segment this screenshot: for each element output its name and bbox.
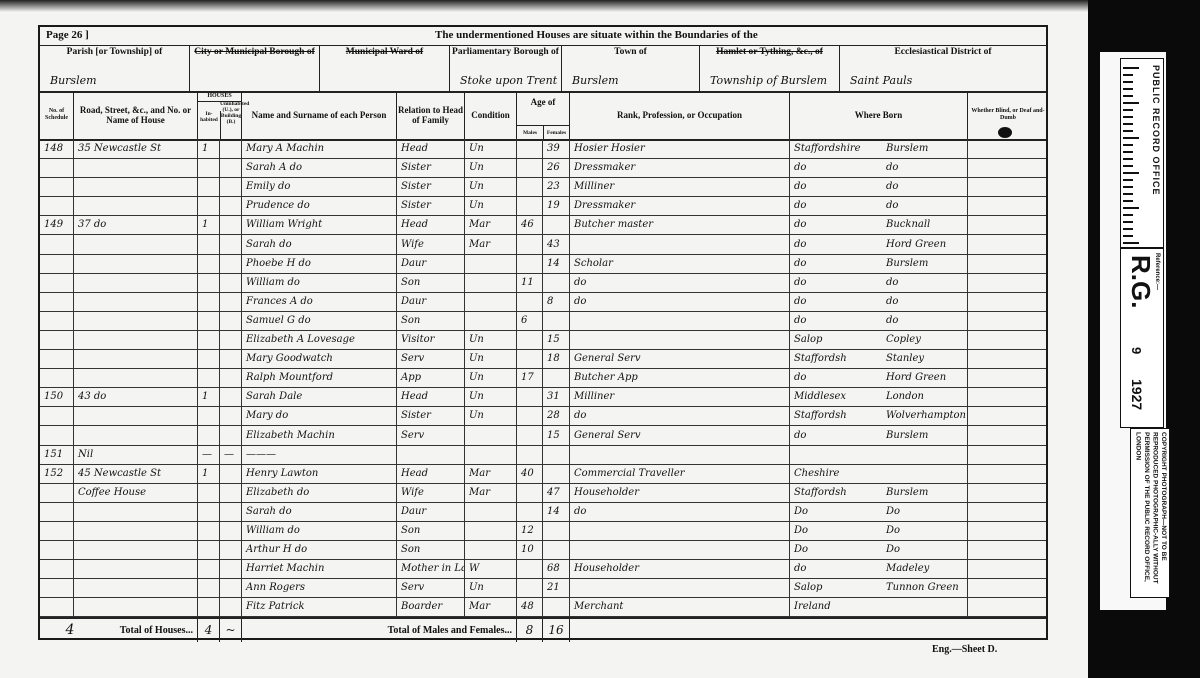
ruler-tick: [1123, 186, 1133, 188]
cell-occupation: Scholar: [570, 254, 790, 273]
cell-born-county: Salop: [790, 578, 882, 597]
cell-condition: Mar: [465, 597, 517, 616]
cell-born-place: Do: [882, 521, 968, 540]
cell-road: [74, 368, 198, 387]
census-row: Sarah doWifeMar43doHord Green: [40, 235, 1046, 255]
cell-born-county: Staffordsh: [790, 349, 882, 368]
cell-road: 35 Newcastle St: [74, 139, 198, 158]
cell-male-age: 10: [517, 540, 543, 559]
header-road: Road, Street, &c., and No. or Name of Ho…: [74, 91, 198, 139]
cell-schedule: 148: [40, 139, 74, 158]
cell-road: 45 Newcastle St: [74, 464, 198, 483]
cell-relation: Head: [397, 215, 465, 234]
cell-male-age: [517, 559, 543, 578]
cell-female-age: 23: [543, 177, 570, 196]
cell-name: Fitz Patrick: [242, 597, 397, 616]
cell-relation: Sister: [397, 177, 465, 196]
sheet-label: Eng.—Sheet D.: [932, 644, 997, 655]
cell-female-age: [543, 368, 570, 387]
ruler-tick: [1123, 165, 1133, 167]
census-row: Phoebe H doDaur14ScholardoBurslem: [40, 254, 1046, 274]
cell-uninhabited: [220, 292, 242, 311]
cell-born-place: [882, 464, 968, 483]
cell-uninhabited: [220, 254, 242, 273]
cell-relation: Serv: [397, 349, 465, 368]
cell-road: [74, 254, 198, 273]
cell-born-county: do: [790, 177, 882, 196]
cell-born-place: [882, 597, 968, 616]
cell-occupation: Dressmaker: [570, 196, 790, 215]
cell-inhabited: [198, 368, 220, 387]
cell-born-county: Ireland: [790, 597, 882, 616]
cell-female-age: 68: [543, 559, 570, 578]
cell-relation: Visitor: [397, 330, 465, 349]
cell-occupation: Householder: [570, 559, 790, 578]
cell-inhabited: [198, 311, 220, 330]
cell-schedule: [40, 578, 74, 597]
cell-inhabited: [198, 158, 220, 177]
census-row: Arthur H doSon10DoDo: [40, 540, 1046, 560]
ruler-tick: [1123, 228, 1133, 230]
division-value: Burslem: [50, 74, 97, 87]
census-row: Samuel G doSon6dodo: [40, 311, 1046, 331]
cell-born-county: do: [790, 311, 882, 330]
cell-uninhabited: [220, 349, 242, 368]
cell-condition: Un: [465, 139, 517, 158]
cell-relation: Mother in Law: [397, 559, 465, 578]
ruler-tick: [1123, 109, 1133, 111]
total-inhabited: 4: [198, 619, 220, 642]
cell-born-place: [882, 445, 968, 464]
cell-name: Arthur H do: [242, 540, 397, 559]
cell-schedule: [40, 426, 74, 445]
cell-inhabited: [198, 483, 220, 502]
ruler-label: PUBLIC RECORD OFFICE: [1151, 65, 1161, 196]
cell-road: [74, 196, 198, 215]
cell-born-county: do: [790, 196, 882, 215]
reference-box: Reference:— R.G. 9 1927: [1120, 248, 1164, 428]
division-label: Ecclesiastical District of: [840, 45, 1046, 57]
cell-female-age: 15: [543, 426, 570, 445]
cell-road: [74, 349, 198, 368]
cell-blind: [968, 578, 1048, 597]
cell-born-county: Cheshire: [790, 464, 882, 483]
cell-relation: Sister: [397, 196, 465, 215]
cell-relation: Wife: [397, 235, 465, 254]
cell-schedule: [40, 521, 74, 540]
cell-occupation: do: [570, 292, 790, 311]
cell-condition: Un: [465, 158, 517, 177]
cell-condition: [465, 445, 517, 464]
cell-born-place: Do: [882, 502, 968, 521]
cell-female-age: 47: [543, 483, 570, 502]
ruler-tick: [1123, 137, 1139, 139]
cell-relation: Son: [397, 311, 465, 330]
census-row: Coffee HouseElizabeth doWifeMar47Househo…: [40, 483, 1046, 503]
cell-occupation: do: [570, 406, 790, 425]
cell-female-age: [543, 540, 570, 559]
cell-occupation: General Serv: [570, 349, 790, 368]
division-label: Parish [or Township] of: [40, 45, 189, 57]
cell-blind: [968, 540, 1048, 559]
cell-schedule: [40, 292, 74, 311]
cell-blind: [968, 215, 1048, 234]
cell-born-place: Tunnon Green: [882, 578, 968, 597]
division-value: Saint Pauls: [850, 74, 912, 87]
division-cell: Municipal Ward of: [320, 45, 450, 91]
cell-male-age: 17: [517, 368, 543, 387]
cell-relation: Sister: [397, 406, 465, 425]
cell-name: Mary Goodwatch: [242, 349, 397, 368]
cell-occupation: Hosier Hosier: [570, 139, 790, 158]
cell-male-age: 46: [517, 215, 543, 234]
ruler-tick: [1123, 193, 1133, 195]
cell-schedule: [40, 311, 74, 330]
cell-male-age: [517, 158, 543, 177]
cell-born-place: London: [882, 387, 968, 406]
cell-condition: [465, 292, 517, 311]
cell-road: [74, 235, 198, 254]
cell-inhabited: [198, 578, 220, 597]
cell-relation: Head: [397, 464, 465, 483]
cell-relation: Wife: [397, 483, 465, 502]
total-males: 8: [517, 619, 543, 642]
totals-row: 4 Total of Houses... 4 ~ Total of Males …: [40, 617, 1046, 642]
cell-born-place: Burslem: [882, 254, 968, 273]
cell-uninhabited: [220, 139, 242, 158]
cell-name: Mary A Machin: [242, 139, 397, 158]
cell-born-place: Bucknall: [882, 215, 968, 234]
census-row: Frances A doDaur8dododo: [40, 292, 1046, 312]
cell-inhabited: [198, 330, 220, 349]
cell-inhabited: [198, 235, 220, 254]
cell-road: [74, 540, 198, 559]
cell-blind: [968, 196, 1048, 215]
cell-born-place: Stanley: [882, 349, 968, 368]
header-born: Where Born: [790, 91, 968, 139]
cell-occupation: General Serv: [570, 426, 790, 445]
cell-born-place: Wolverhampton: [882, 406, 968, 425]
cell-condition: Mar: [465, 464, 517, 483]
cell-inhabited: [198, 540, 220, 559]
ruler-tick: [1123, 207, 1139, 209]
cell-schedule: [40, 559, 74, 578]
cell-blind: [968, 597, 1048, 616]
ruler-tick: [1123, 88, 1133, 90]
cell-road: 37 do: [74, 215, 198, 234]
census-row: Harriet MachinMother in LawW68Householde…: [40, 559, 1046, 579]
cell-occupation: Milliner: [570, 177, 790, 196]
cell-uninhabited: [220, 464, 242, 483]
cell-male-age: [517, 196, 543, 215]
cell-road: [74, 273, 198, 292]
cell-schedule: 150: [40, 387, 74, 406]
cell-name: Elizabeth A Lovesage: [242, 330, 397, 349]
cell-uninhabited: —: [220, 445, 242, 464]
cell-uninhabited: [220, 502, 242, 521]
division-label: Hamlet or Tything, &c., of: [700, 45, 839, 57]
cell-name: Sarah do: [242, 502, 397, 521]
ruler-tick: [1123, 158, 1133, 160]
cell-inhabited: [198, 349, 220, 368]
census-form: Page 26 ] The undermentioned Houses are …: [38, 25, 1048, 640]
cell-blind: [968, 521, 1048, 540]
cell-condition: Un: [465, 196, 517, 215]
cell-male-age: [517, 426, 543, 445]
cell-name: Henry Lawton: [242, 464, 397, 483]
census-row: William doSon11dododo: [40, 273, 1046, 293]
cell-inhabited: [198, 177, 220, 196]
cell-born-county: Staffordshire: [790, 139, 882, 158]
cell-name: ———: [242, 445, 397, 464]
cell-condition: [465, 273, 517, 292]
cell-inhabited: [198, 559, 220, 578]
cell-born-county: Do: [790, 521, 882, 540]
census-row: Sarah doDaur14doDoDo: [40, 502, 1046, 522]
cell-relation: Serv: [397, 426, 465, 445]
cell-uninhabited: [220, 235, 242, 254]
cell-occupation: [570, 235, 790, 254]
header-uninhabited: Uninhabited (U.), or Building (B.): [220, 101, 242, 125]
cell-blind: [968, 387, 1048, 406]
cell-condition: Mar: [465, 235, 517, 254]
census-row: Fitz PatrickBoarderMar48MerchantIreland: [40, 597, 1046, 617]
cell-blind: [968, 445, 1048, 464]
cell-name: William Wright: [242, 215, 397, 234]
cell-male-age: [517, 292, 543, 311]
ruler-tick: [1123, 221, 1133, 223]
cell-male-age: [517, 406, 543, 425]
cell-uninhabited: [220, 406, 242, 425]
cell-condition: Un: [465, 177, 517, 196]
division-cell: Town ofBurslem: [562, 45, 700, 91]
total-houses-label: Total of Houses...: [100, 619, 198, 642]
cell-blind: [968, 139, 1048, 158]
reference-folio: 1927: [1129, 379, 1145, 410]
cell-condition: Un: [465, 368, 517, 387]
census-row: Ralph MountfordAppUn17Butcher AppdoHord …: [40, 368, 1046, 388]
copyright-text: COPYRIGHT PHOTOGRAPH—NOT TO BE REPRODUCE…: [1133, 432, 1167, 597]
cell-road: [74, 597, 198, 616]
cell-schedule: [40, 254, 74, 273]
header-inhabited: In-habited: [198, 111, 221, 139]
cell-name: Ann Rogers: [242, 578, 397, 597]
cell-blind: [968, 273, 1048, 292]
cell-condition: Un: [465, 330, 517, 349]
cell-female-age: 8: [543, 292, 570, 311]
cell-uninhabited: [220, 578, 242, 597]
cell-uninhabited: [220, 521, 242, 540]
cell-inhabited: —: [198, 445, 220, 464]
cell-female-age: [543, 464, 570, 483]
cell-female-age: [543, 273, 570, 292]
cell-male-age: [517, 387, 543, 406]
cell-blind: [968, 559, 1048, 578]
cell-born-county: do: [790, 292, 882, 311]
cell-female-age: [543, 521, 570, 540]
cell-female-age: 26: [543, 158, 570, 177]
census-row: 15043 do1Sarah DaleHeadUn31MillinerMiddl…: [40, 387, 1046, 407]
cell-relation: Son: [397, 273, 465, 292]
cell-inhabited: [198, 502, 220, 521]
cell-born-county: do: [790, 235, 882, 254]
census-row: Mary doSisterUn28doStaffordshWolverhampt…: [40, 406, 1046, 426]
cell-born-county: Salop: [790, 330, 882, 349]
cell-blind: [968, 464, 1048, 483]
cell-uninhabited: [220, 387, 242, 406]
cell-uninhabited: [220, 177, 242, 196]
cell-born-county: Do: [790, 502, 882, 521]
cell-born-place: do: [882, 177, 968, 196]
cell-uninhabited: [220, 215, 242, 234]
cell-born-place: Madeley: [882, 559, 968, 578]
cell-condition: W: [465, 559, 517, 578]
cell-blind: [968, 406, 1048, 425]
cell-road: [74, 330, 198, 349]
cell-name: Sarah do: [242, 235, 397, 254]
cell-road: [74, 406, 198, 425]
ruler: PUBLIC RECORD OFFICE: [1120, 58, 1164, 248]
header-condition: Condition: [465, 91, 517, 139]
ruler-tick: [1123, 214, 1133, 216]
cell-schedule: [40, 597, 74, 616]
cell-schedule: [40, 177, 74, 196]
cell-name: Phoebe H do: [242, 254, 397, 273]
census-row: 151Nil—————: [40, 445, 1046, 465]
cell-name: Harriet Machin: [242, 559, 397, 578]
cell-schedule: [40, 196, 74, 215]
ruler-tick: [1123, 200, 1133, 202]
division-cell: Parish [or Township] ofBurslem: [40, 45, 190, 91]
cell-female-age: [543, 311, 570, 330]
header-name: Name and Surname of each Person: [242, 91, 397, 139]
cell-schedule: 152: [40, 464, 74, 483]
cell-uninhabited: [220, 559, 242, 578]
cell-born-place: Burslem: [882, 139, 968, 158]
cell-schedule: [40, 349, 74, 368]
total-persons-label: Total of Males and Females...: [242, 619, 517, 642]
cell-occupation: [570, 578, 790, 597]
cell-born-place: do: [882, 311, 968, 330]
cell-male-age: [517, 483, 543, 502]
cell-occupation: Householder: [570, 483, 790, 502]
header-occupation: Rank, Profession, or Occupation: [570, 91, 790, 139]
cell-name: Ralph Mountford: [242, 368, 397, 387]
cell-born-county: do: [790, 273, 882, 292]
cell-inhabited: [198, 406, 220, 425]
ruler-tick: [1123, 116, 1133, 118]
cell-name: Emily do: [242, 177, 397, 196]
cell-male-age: 11: [517, 273, 543, 292]
cell-female-age: 19: [543, 196, 570, 215]
cell-name: William do: [242, 273, 397, 292]
census-row: 14835 Newcastle St1Mary A MachinHeadUn39…: [40, 139, 1046, 159]
ruler-tick: [1123, 102, 1139, 104]
cell-born-county: Middlesex: [790, 387, 882, 406]
cell-blind: [968, 292, 1048, 311]
column-headers: No. of Schedule Road, Street, &c., and N…: [40, 91, 1046, 141]
cell-blind: [968, 254, 1048, 273]
cell-condition: [465, 502, 517, 521]
cell-female-age: [543, 597, 570, 616]
cell-relation: Boarder: [397, 597, 465, 616]
cell-condition: Un: [465, 406, 517, 425]
cell-road: [74, 311, 198, 330]
cell-born-place: do: [882, 273, 968, 292]
ruler-tick: [1123, 95, 1133, 97]
cell-male-age: 40: [517, 464, 543, 483]
cell-occupation: [570, 445, 790, 464]
cell-relation: Son: [397, 540, 465, 559]
cell-relation: App: [397, 368, 465, 387]
cell-road: [74, 158, 198, 177]
cell-name: Elizabeth Machin: [242, 426, 397, 445]
total-females: 16: [543, 619, 570, 642]
ruler-tick: [1123, 123, 1133, 125]
cell-male-age: [517, 445, 543, 464]
boundary-heading: The undermentioned Houses are situate wi…: [435, 29, 758, 41]
header-males: Males: [517, 125, 544, 140]
cell-schedule: [40, 540, 74, 559]
census-row: 14937 do1William WrightHeadMar46Butcher …: [40, 215, 1046, 235]
ruler-tick: [1123, 172, 1139, 174]
cell-female-age: 21: [543, 578, 570, 597]
cell-condition: [465, 426, 517, 445]
cell-female-age: 43: [543, 235, 570, 254]
census-row: Prudence doSisterUn19Dressmakerdodo: [40, 196, 1046, 216]
cell-occupation: do: [570, 502, 790, 521]
cell-condition: [465, 254, 517, 273]
cell-inhabited: [198, 196, 220, 215]
cell-road: Coffee House: [74, 483, 198, 502]
census-row: Elizabeth MachinServ15General ServdoBurs…: [40, 426, 1046, 446]
division-cell: City or Municipal Borough of: [190, 45, 320, 91]
census-row: Ann RogersServUn21SalopTunnon Green: [40, 578, 1046, 598]
census-row: William doSon12DoDo: [40, 521, 1046, 541]
cell-uninhabited: [220, 196, 242, 215]
cell-relation: Son: [397, 521, 465, 540]
cell-male-age: [517, 330, 543, 349]
ruler-tick: [1123, 235, 1133, 237]
cell-road: [74, 292, 198, 311]
cell-relation: Head: [397, 139, 465, 158]
cell-blind: [968, 158, 1048, 177]
cell-born-place: do: [882, 292, 968, 311]
cell-blind: [968, 235, 1048, 254]
cell-condition: [465, 540, 517, 559]
cell-condition: Un: [465, 349, 517, 368]
ink-blot: [998, 127, 1012, 138]
cell-occupation: Merchant: [570, 597, 790, 616]
cell-road: [74, 578, 198, 597]
cell-occupation: [570, 521, 790, 540]
cell-male-age: [517, 349, 543, 368]
reference-piece: 9: [1129, 347, 1144, 354]
cell-female-age: [543, 215, 570, 234]
cell-road: [74, 502, 198, 521]
cell-condition: Un: [465, 578, 517, 597]
total-uninhabited: ~: [220, 619, 242, 642]
cell-condition: Mar: [465, 483, 517, 502]
scan-shadow: [0, 0, 1088, 12]
copyright-box: COPYRIGHT PHOTOGRAPH—NOT TO BE REPRODUCE…: [1130, 428, 1170, 598]
cell-occupation: Butcher App: [570, 368, 790, 387]
cell-male-age: 12: [517, 521, 543, 540]
cell-road: [74, 521, 198, 540]
cell-name: Frances A do: [242, 292, 397, 311]
cell-name: William do: [242, 521, 397, 540]
cell-uninhabited: [220, 273, 242, 292]
